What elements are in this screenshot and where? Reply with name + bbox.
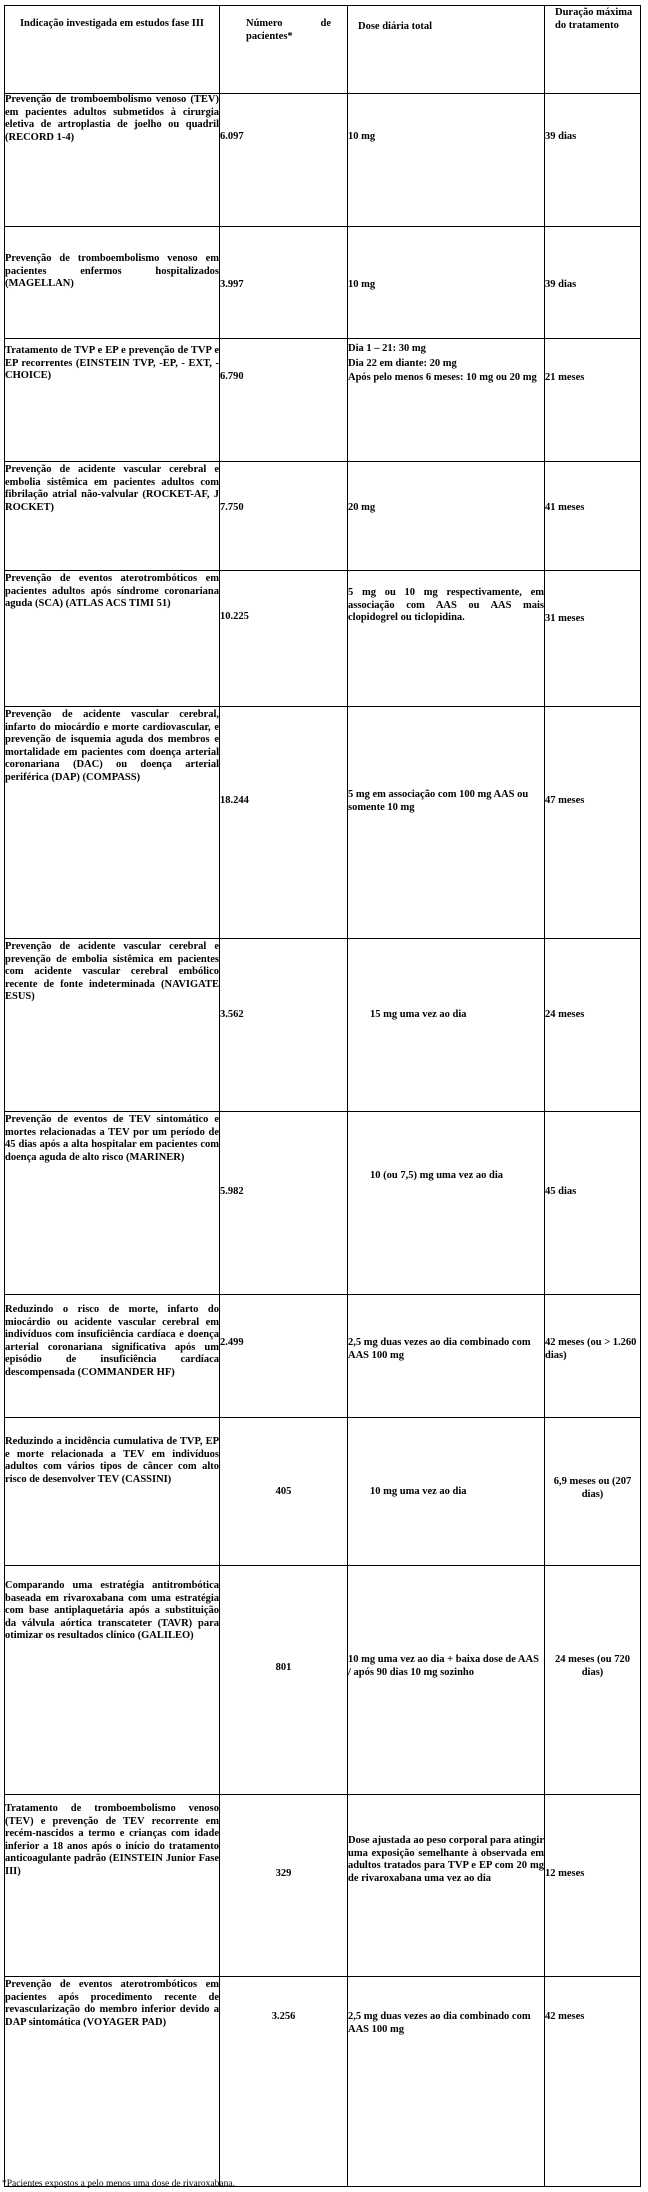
- indication-cell-text: Prevenção de eventos aterotrombóticos em…: [5, 1979, 219, 2028]
- table-row: Prevenção de eventos aterotrombóticos em…: [5, 571, 641, 707]
- table-row: Comparando uma estratégia antitrombótica…: [5, 1566, 641, 1795]
- indication-cell-text: Prevenção de tromboembolismo venoso em p…: [5, 253, 219, 289]
- dose-line: 2,5 mg duas vezes ao dia combinado com A…: [348, 1337, 544, 1362]
- patients-cell-text: 3.562: [220, 1009, 244, 1020]
- dose-line: 15 mg uma vez ao dia: [370, 1009, 544, 1022]
- duration-cell: 39 dias: [545, 227, 641, 339]
- duration-cell-text: 24 meses: [545, 1009, 584, 1020]
- patients-cell: 329: [220, 1795, 348, 1977]
- duration-cell: 24 meses (ou 720 dias): [545, 1566, 641, 1795]
- duration-cell: 24 meses: [545, 939, 641, 1112]
- dose-cell: 10 mg uma vez ao dia: [348, 1418, 545, 1566]
- patients-cell: 10.225: [220, 571, 348, 707]
- table-row: Prevenção de tromboembolismo venoso (TEV…: [5, 94, 641, 227]
- table-header-row: Indicação investigada em estudos fase II…: [5, 6, 641, 94]
- duration-cell-text: 39 dias: [545, 279, 576, 290]
- dose-cell: 2,5 mg duas vezes ao dia combinado com A…: [348, 1295, 545, 1418]
- duration-cell-text: 42 meses: [545, 2011, 584, 2022]
- patients-cell: 3.997: [220, 227, 348, 339]
- patients-cell-text: 6.790: [220, 371, 244, 382]
- patients-cell: 801: [220, 1566, 348, 1795]
- duration-cell-text: 31 meses: [545, 613, 584, 624]
- indication-cell: Prevenção de eventos aterotrombóticos em…: [5, 1977, 220, 2187]
- patients-cell: 18.244: [220, 707, 348, 939]
- dose-line: 20 mg: [348, 502, 544, 515]
- indication-cell-text: Comparando uma estratégia antitrombótica…: [5, 1580, 219, 1641]
- duration-cell: 47 meses: [545, 707, 641, 939]
- dose-line: 10 mg uma vez ao dia: [370, 1486, 544, 1499]
- dose-line: 10 mg: [348, 279, 544, 292]
- duration-cell: 42 meses: [545, 1977, 641, 2187]
- indication-cell: Comparando uma estratégia antitrombótica…: [5, 1566, 220, 1795]
- indication-cell: Tratamento de tromboembolismo venoso (TE…: [5, 1795, 220, 1977]
- patients-cell-text: 6.097: [220, 131, 244, 142]
- patients-cell-text: 18.244: [220, 795, 249, 806]
- dose-cell: 5 mg em associação com 100 mg AAS ou som…: [348, 707, 545, 939]
- indication-cell-text: Prevenção de acidente vascular cerebral …: [5, 464, 219, 513]
- patients-cell: 5.982: [220, 1112, 348, 1295]
- patients-cell-text: 3.256: [272, 2011, 296, 2022]
- duration-cell: 42 meses (ou > 1.260 dias): [545, 1295, 641, 1418]
- dose-cell: 10 mg: [348, 94, 545, 227]
- patients-cell: 405: [220, 1418, 348, 1566]
- dose-line: 5 mg em associação com 100 mg AAS ou som…: [348, 789, 544, 814]
- dose-line: 10 (ou 7,5) mg uma vez ao dia: [370, 1170, 544, 1183]
- indication-cell-text: Tratamento de tromboembolismo venoso (TE…: [5, 1803, 219, 1877]
- indication-cell-text: Prevenção de eventos aterotrombóticos em…: [5, 573, 219, 609]
- duration-cell-text: 41 meses: [545, 502, 584, 513]
- duration-cell-text: 45 dias: [545, 1186, 576, 1197]
- duration-cell-text: 47 meses: [545, 795, 584, 806]
- dose-line: 10 mg: [348, 131, 544, 144]
- indication-cell: Prevenção de tromboembolismo venoso (TEV…: [5, 94, 220, 227]
- duration-cell: 31 meses: [545, 571, 641, 707]
- duration-cell: 21 meses: [545, 339, 641, 462]
- table-body: Prevenção de tromboembolismo venoso (TEV…: [5, 94, 641, 2187]
- dose-cell: 5 mg ou 10 mg respectivamente, em associ…: [348, 571, 545, 707]
- table-row: Prevenção de acidente vascular cerebral …: [5, 462, 641, 571]
- indication-cell: Prevenção de tromboembolismo venoso em p…: [5, 227, 220, 339]
- patients-cell: 3.562: [220, 939, 348, 1112]
- dose-cell: 10 mg: [348, 227, 545, 339]
- patients-cell-text: 2.499: [220, 1337, 244, 1348]
- patients-cell-text: 5.982: [220, 1186, 244, 1197]
- duration-cell-text: 6,9 meses ou (207 dias): [554, 1476, 632, 1500]
- indication-cell-text: Prevenção de tromboembolismo venoso (TEV…: [5, 94, 219, 143]
- table-row: Prevenção de eventos de TEV sintomático …: [5, 1112, 641, 1295]
- dose-line: Dia 1 – 21: 30 mg: [348, 343, 544, 356]
- dose-cell: 2,5 mg duas vezes ao dia combinado com A…: [348, 1977, 545, 2187]
- header-dose: Dose diária total: [348, 6, 545, 94]
- dose-cell: Dose ajustada ao peso corporal para atin…: [348, 1795, 545, 1977]
- dose-cell: 10 mg uma vez ao dia + baixa dose de AAS…: [348, 1566, 545, 1795]
- header-patients: Número de pacientes*: [220, 6, 348, 94]
- dose-line: Dose ajustada ao peso corporal para atin…: [348, 1835, 544, 1885]
- patients-cell-text: 3.997: [220, 279, 244, 290]
- indication-cell-text: Prevenção de acidente vascular cerebral,…: [5, 709, 219, 783]
- header-duration: Duração máxima do tratamento: [545, 6, 641, 94]
- patients-cell: 3.256: [220, 1977, 348, 2187]
- table-row: Prevenção de acidente vascular cerebral …: [5, 939, 641, 1112]
- phase3-studies-table: Indicação investigada em estudos fase II…: [4, 5, 641, 2187]
- indication-cell-text: Prevenção de acidente vascular cerebral …: [5, 941, 219, 1002]
- dose-cell: 10 (ou 7,5) mg uma vez ao dia: [348, 1112, 545, 1295]
- duration-cell: 6,9 meses ou (207 dias): [545, 1418, 641, 1566]
- dose-line: 5 mg ou 10 mg respectivamente, em associ…: [348, 587, 544, 625]
- indication-cell-text: Reduzindo o risco de morte, infarto do m…: [5, 1304, 219, 1378]
- table-row: Tratamento de tromboembolismo venoso (TE…: [5, 1795, 641, 1977]
- duration-cell-text: 42 meses (ou > 1.260 dias): [545, 1337, 636, 1361]
- indication-cell: Prevenção de eventos de TEV sintomático …: [5, 1112, 220, 1295]
- indication-cell: Prevenção de acidente vascular cerebral …: [5, 939, 220, 1112]
- indication-cell: Tratamento de TVP e EP e prevenção de TV…: [5, 339, 220, 462]
- duration-cell: 41 meses: [545, 462, 641, 571]
- indication-cell-text: Prevenção de eventos de TEV sintomático …: [5, 1114, 219, 1163]
- header-indication: Indicação investigada em estudos fase II…: [5, 6, 220, 94]
- table-row: Tratamento de TVP e EP e prevenção de TV…: [5, 339, 641, 462]
- duration-cell: 39 dias: [545, 94, 641, 227]
- indication-cell: Reduzindo o risco de morte, infarto do m…: [5, 1295, 220, 1418]
- table-row: Reduzindo o risco de morte, infarto do m…: [5, 1295, 641, 1418]
- indication-cell: Prevenção de eventos aterotrombóticos em…: [5, 571, 220, 707]
- indication-cell: Prevenção de acidente vascular cerebral …: [5, 462, 220, 571]
- footnote: *Pacientes expostos a pelo menos uma dos…: [2, 2179, 235, 2189]
- indication-cell: Reduzindo a incidência cumulativa de TVP…: [5, 1418, 220, 1566]
- patients-cell-text: 329: [276, 1868, 292, 1879]
- indication-cell-text: Tratamento de TVP e EP e prevenção de TV…: [5, 345, 219, 381]
- indication-cell: Prevenção de acidente vascular cerebral,…: [5, 707, 220, 939]
- dose-line: Após pelo menos 6 meses: 10 mg ou 20 mg: [348, 372, 544, 385]
- dose-line: 2,5 mg duas vezes ao dia combinado com A…: [348, 2011, 544, 2036]
- dose-line: 10 mg uma vez ao dia + baixa dose de AAS…: [348, 1654, 544, 1679]
- patients-cell-text: 801: [276, 1662, 292, 1673]
- patients-cell-text: 7.750: [220, 502, 244, 513]
- patients-cell: 7.750: [220, 462, 348, 571]
- patients-cell: 2.499: [220, 1295, 348, 1418]
- table-row: Prevenção de tromboembolismo venoso em p…: [5, 227, 641, 339]
- dose-cell: 20 mg: [348, 462, 545, 571]
- patients-cell-text: 405: [276, 1486, 292, 1497]
- dose-line: Dia 22 em diante: 20 mg: [348, 358, 544, 371]
- dose-cell: 15 mg uma vez ao dia: [348, 939, 545, 1112]
- duration-cell-text: 24 meses (ou 720 dias): [555, 1654, 630, 1678]
- table-row: Reduzindo a incidência cumulativa de TVP…: [5, 1418, 641, 1566]
- table-row: Prevenção de eventos aterotrombóticos em…: [5, 1977, 641, 2187]
- indication-cell-text: Reduzindo a incidência cumulativa de TVP…: [5, 1436, 219, 1485]
- duration-cell: 45 dias: [545, 1112, 641, 1295]
- patients-cell: 6.790: [220, 339, 348, 462]
- patients-cell-text: 10.225: [220, 611, 249, 622]
- duration-cell-text: 12 meses: [545, 1868, 584, 1879]
- duration-cell-text: 39 dias: [545, 131, 576, 142]
- duration-cell-text: 21 meses: [545, 372, 584, 383]
- dose-cell: Dia 1 – 21: 30 mgDia 22 em diante: 20 mg…: [348, 339, 545, 462]
- duration-cell: 12 meses: [545, 1795, 641, 1977]
- patients-cell: 6.097: [220, 94, 348, 227]
- table-row: Prevenção de acidente vascular cerebral,…: [5, 707, 641, 939]
